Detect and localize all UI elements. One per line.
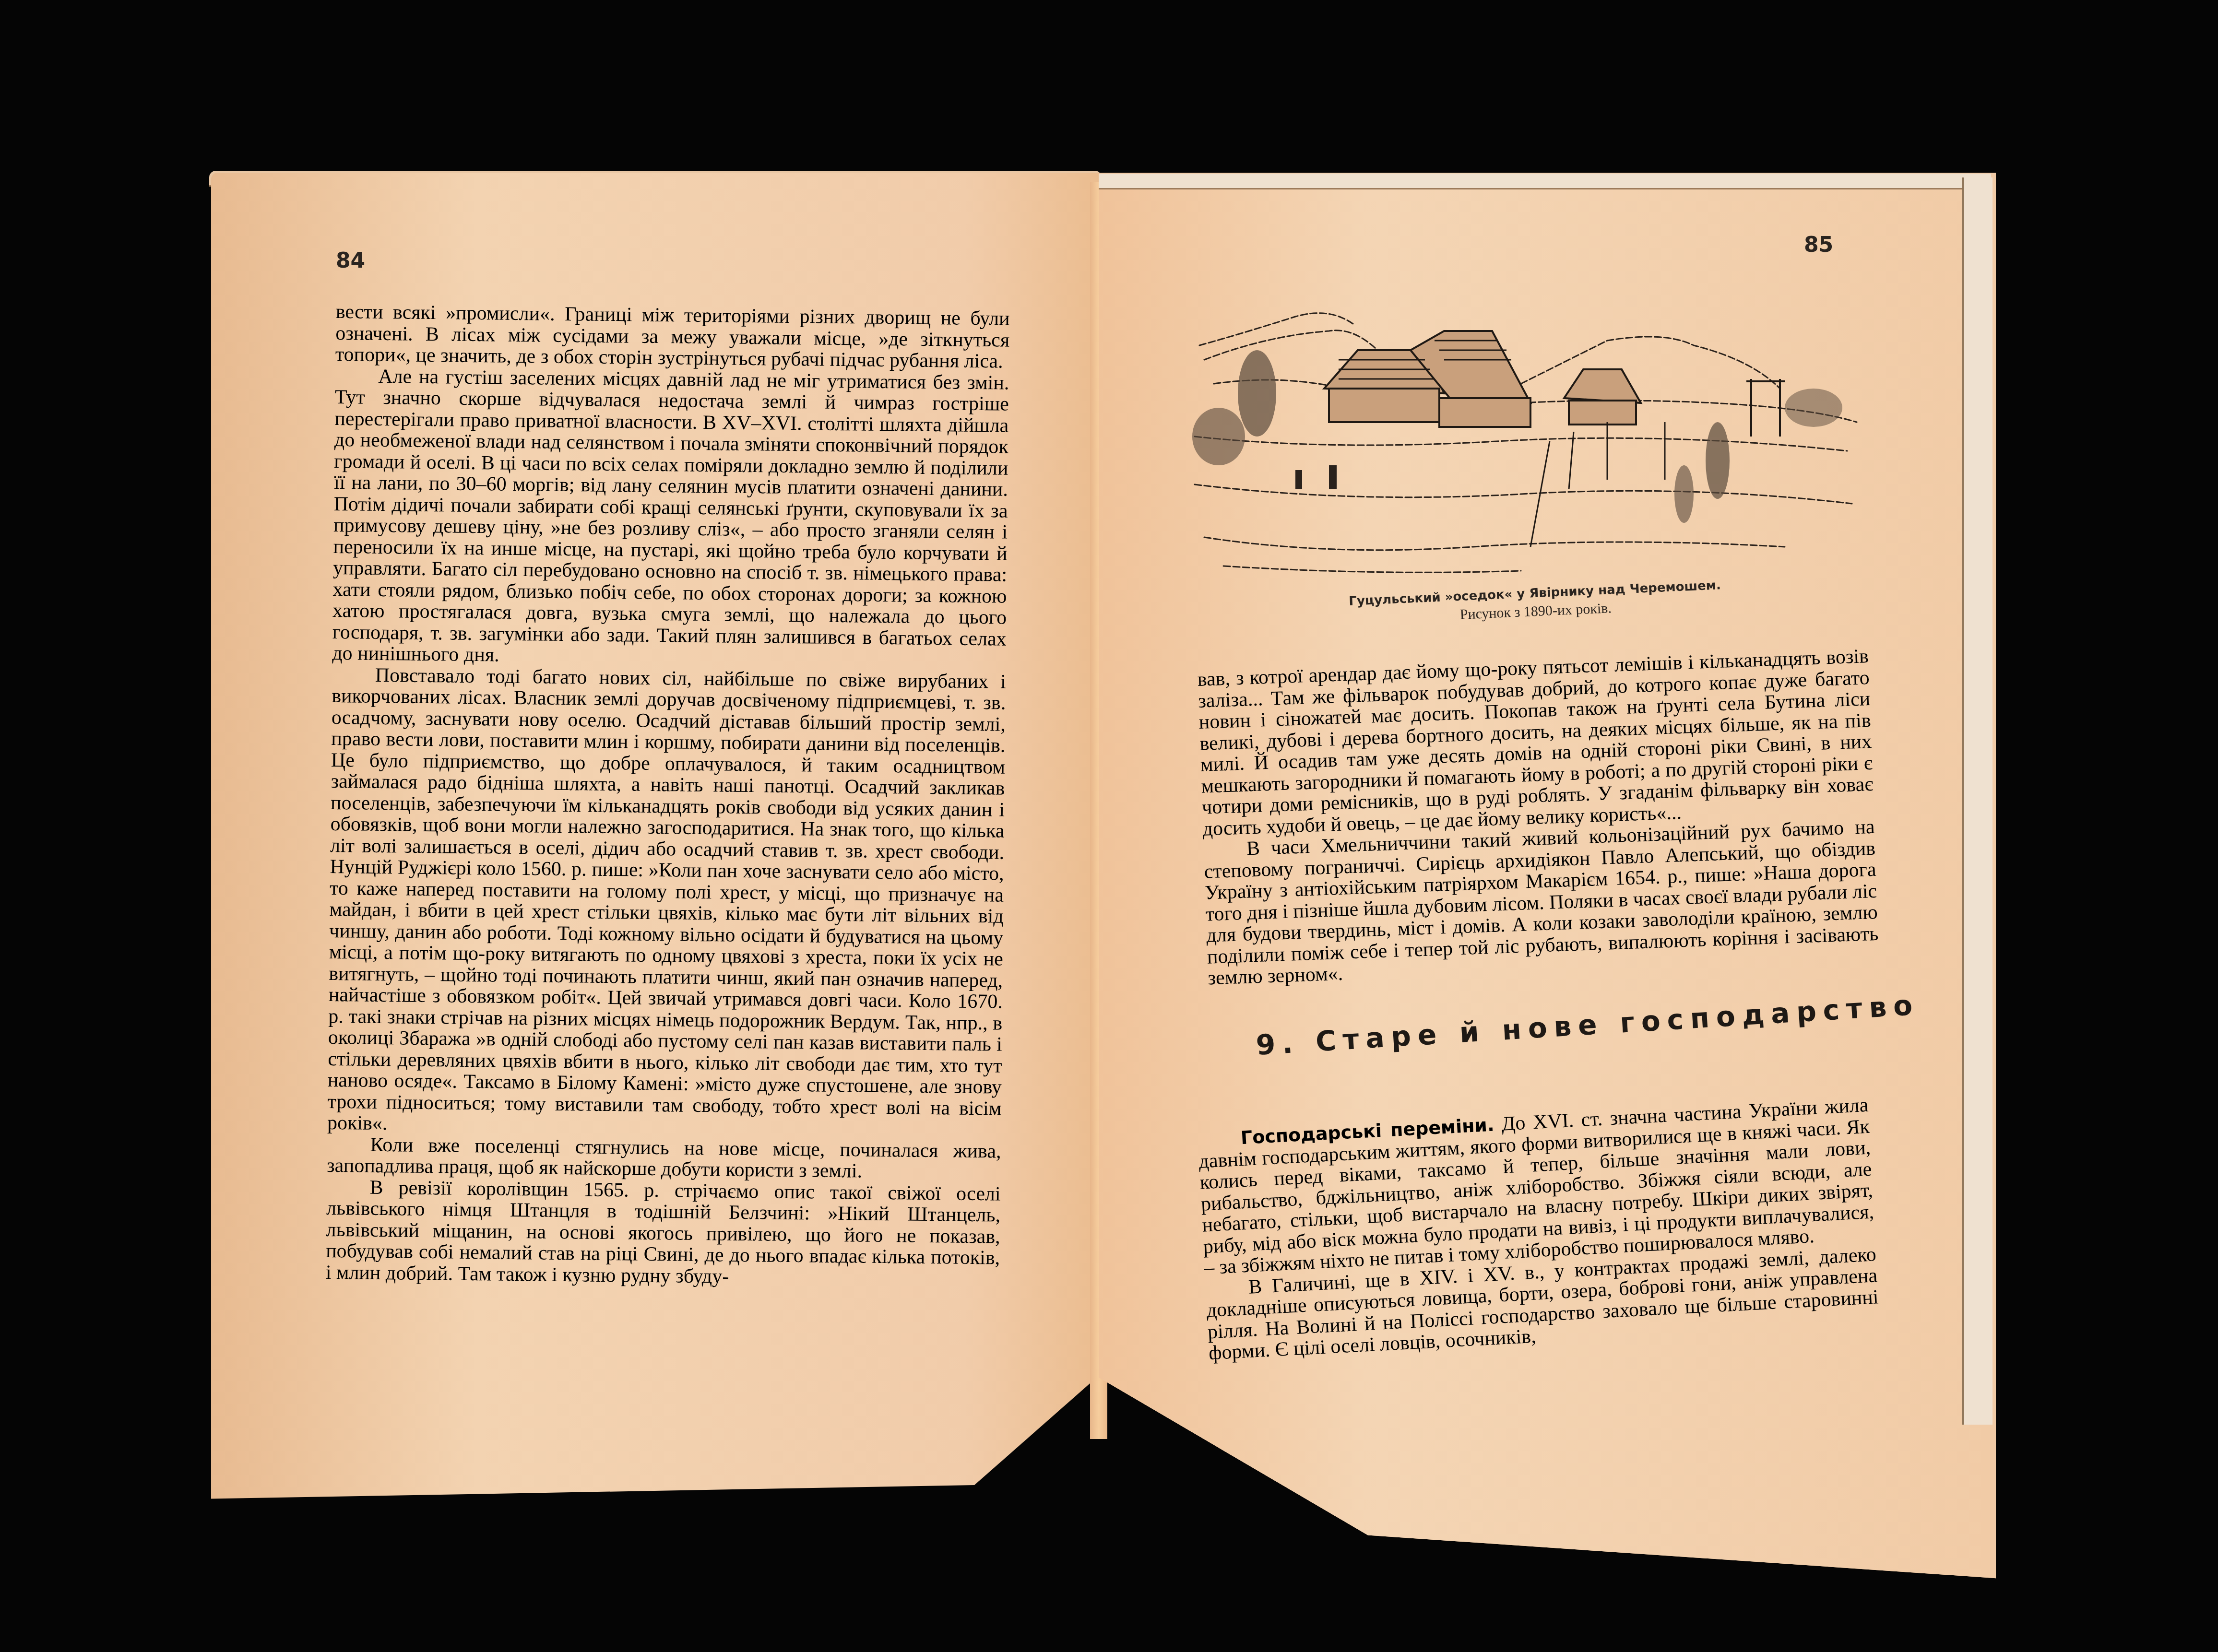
right-page-top-edge <box>1099 174 1991 189</box>
paragraph: Коли вже поселенці стягнулись на нове мі… <box>327 1133 1001 1183</box>
paragraph: вести всякі »промисли«. Границі між тери… <box>335 301 1010 372</box>
hutsul-homestead-illustration <box>1185 278 1862 585</box>
paragraph: В ревізії королівщин 1565. р. стрічаємо … <box>326 1176 1001 1290</box>
right-page-number: 85 <box>1804 233 1833 257</box>
paragraph: вав, з котрої арендар дає йому що-року п… <box>1197 646 1874 840</box>
right-page-side-edge <box>1962 177 1993 1425</box>
paragraph: Повставало тоді багато нових сіл, найбіл… <box>327 664 1006 1141</box>
paragraph: В часи Хмельниччини такий живий кольоніз… <box>1203 816 1879 989</box>
paragraph: Але на густіш заселених місцях давній ла… <box>332 365 1009 671</box>
right-page-body: вав, з котрої арендар дає йому що-року п… <box>1197 646 1879 989</box>
section-body: Господарські переміни. До XVI. ст. значн… <box>1197 1095 1880 1364</box>
left-page-body: вести всякі »промисли«. Границі між тери… <box>326 301 1010 1290</box>
left-page-number: 84 <box>336 248 365 273</box>
